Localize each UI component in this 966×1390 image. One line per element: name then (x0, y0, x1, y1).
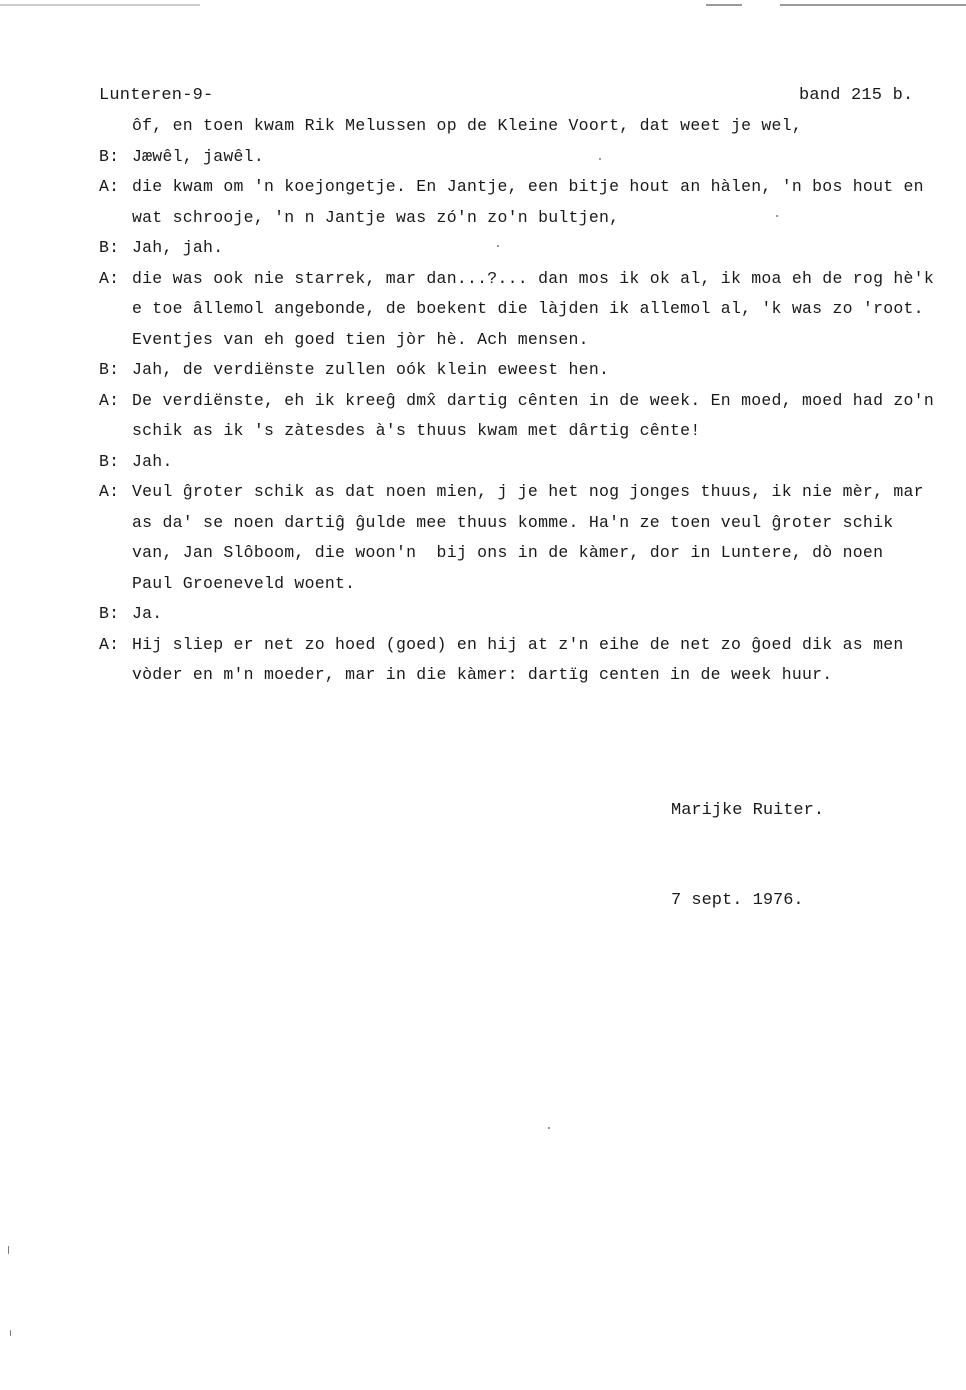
line-text: die was ook nie starrek, mar dan...?... … (132, 269, 934, 288)
scan-edge-top-right-a (706, 4, 742, 6)
transcript-line: Eventjes van eh goed tien jòr hè. Ach me… (99, 330, 959, 361)
transcript-line: vòder en m'n moeder, mar in die kàmer: d… (99, 665, 959, 696)
line-text: wat schrooje, 'n n Jantje was zó'n zo'n … (132, 208, 619, 227)
speaker-label: B: (99, 238, 119, 257)
signature-date: 7 sept. 1976. (671, 886, 824, 916)
line-text: van, Jan Slôboom, die woon'n bij ons in … (132, 543, 883, 562)
transcript-line: A:Hij sliep er net zo hoed (goed) en hij… (99, 635, 959, 666)
line-text: De verdiënste, eh ik kreeĝ dmx̂ dartig c… (132, 391, 934, 410)
transcript-line: B:Jah, de verdiënste zullen oók klein ew… (99, 360, 959, 391)
scan-edge-top-left (0, 4, 200, 6)
signature-block: Marijke Ruiter. 7 sept. 1976. (671, 736, 824, 946)
header-tape-number: band 215 b. (799, 86, 913, 105)
scan-speck (548, 1127, 550, 1129)
transcript-line: A:die kwam om 'n koejongetje. En Jantje,… (99, 177, 959, 208)
transcript-line: ôf, en toen kwam Rik Melussen op de Klei… (99, 116, 959, 147)
transcript-line: B:Jæwêl, jawêl. (99, 147, 959, 178)
transcript-line: A:Veul ĝroter schik as dat noen mien, j … (99, 482, 959, 513)
scan-speck (8, 1246, 9, 1254)
line-text: Jah, de verdiënste zullen oók klein ewee… (132, 360, 609, 379)
speaker-label: A: (99, 635, 119, 654)
speaker-label: B: (99, 604, 119, 623)
scan-speck (497, 245, 499, 247)
transcript-line: B:Ja. (99, 604, 959, 635)
page-header: Lunteren-9- band 215 b. (99, 86, 959, 116)
speaker-label: A: (99, 177, 119, 196)
line-text: Ja. (132, 604, 162, 623)
line-text: vòder en m'n moeder, mar in die kàmer: d… (132, 665, 832, 684)
signature-name: Marijke Ruiter. (671, 796, 824, 826)
transcript-line: B:Jah, jah. (99, 238, 959, 269)
transcript-line: A:die was ook nie starrek, mar dan...?..… (99, 269, 959, 300)
scan-speck (599, 158, 601, 160)
line-text: Veul ĝroter schik as dat noen mien, j je… (132, 482, 924, 501)
speaker-label: B: (99, 147, 119, 166)
speaker-label: B: (99, 452, 119, 471)
speaker-label: A: (99, 269, 119, 288)
line-text: Jah. (132, 452, 173, 471)
scan-speck (776, 215, 778, 217)
line-text: Jah, jah. (132, 238, 223, 257)
line-text: ôf, en toen kwam Rik Melussen op de Klei… (132, 116, 802, 135)
transcript-line: Paul Groeneveld woent. (99, 574, 959, 605)
transcript-line: A:De verdiënste, eh ik kreeĝ dmx̂ dartig… (99, 391, 959, 422)
header-location: Lunteren-9- (99, 86, 213, 105)
typed-transcript-page: Lunteren-9- band 215 b. ôf, en toen kwam… (99, 86, 959, 696)
line-text: schik as ik 's zàtesdes à's thuus kwam m… (132, 421, 701, 440)
line-text: as da' se noen dartiĝ ĝulde mee thuus ko… (132, 513, 893, 532)
speaker-label: B: (99, 360, 119, 379)
transcript-line: van, Jan Slôboom, die woon'n bij ons in … (99, 543, 959, 574)
line-text: e toe âllemol angebonde, de boekent die … (132, 299, 924, 318)
line-text: Jæwêl, jawêl. (132, 147, 264, 166)
scan-edge-top-right-b (780, 4, 966, 6)
scan-speck (10, 1330, 11, 1336)
transcript-line: schik as ik 's zàtesdes à's thuus kwam m… (99, 421, 959, 452)
line-text: die kwam om 'n koejongetje. En Jantje, e… (132, 177, 924, 196)
line-text: Paul Groeneveld woent. (132, 574, 355, 593)
speaker-label: A: (99, 482, 119, 501)
speaker-label: A: (99, 391, 119, 410)
transcript-line: wat schrooje, 'n n Jantje was zó'n zo'n … (99, 208, 959, 239)
transcript-line: as da' se noen dartiĝ ĝulde mee thuus ko… (99, 513, 959, 544)
transcript-line: e toe âllemol angebonde, de boekent die … (99, 299, 959, 330)
line-text: Hij sliep er net zo hoed (goed) en hij a… (132, 635, 904, 654)
transcript-body: ôf, en toen kwam Rik Melussen op de Klei… (99, 116, 959, 696)
line-text: Eventjes van eh goed tien jòr hè. Ach me… (132, 330, 589, 349)
transcript-line: B:Jah. (99, 452, 959, 483)
